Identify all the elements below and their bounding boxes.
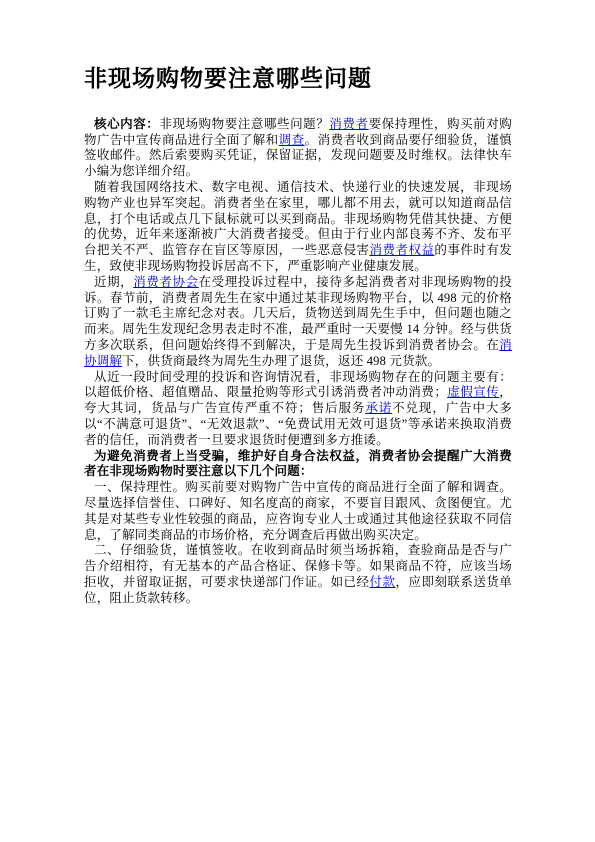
paragraph-reminder: 为避免消费者上当受骗，维护好自身合法权益，消费者协会提醒广大消费者在非现场购物时…	[84, 449, 512, 481]
paragraph-core: 核心内容：非现场购物要注意哪些问题？消费者要保持理性，购买前对购物广告中宣传商品…	[84, 117, 512, 180]
body-text: 非现场购物要注意哪些问题？	[159, 117, 329, 131]
link-investigation[interactable]: 调查	[279, 133, 305, 147]
core-content-label: 核心内容：	[94, 117, 159, 131]
body-text: 下，供货商最终为周先生办理了退货，返还 498 元货款。	[122, 354, 440, 368]
link-false-advertising[interactable]: 虚假宣传	[447, 385, 499, 399]
reminder-text: 为避免消费者上当受骗，维护好自身合法权益，消费者协会提醒广大消费者在非现场购物时…	[84, 449, 512, 479]
paragraph-problems: 从近一段时间受理的投诉和咨询情况看，非现场购物存在的问题主要有：以超低价格、超值…	[84, 370, 512, 449]
paragraph-tip-2: 二、仔细验货，谨慎签收。在收到商品时须当场拆箱，查验商品是否与广告介绍相符，有无…	[84, 543, 512, 606]
link-consumer-association[interactable]: 消费者协会	[133, 275, 198, 289]
body-text: 一、保持理性。购买前要对购物广告中宣传的商品进行全面了解和调查。尽量选择信誉佳、…	[84, 480, 512, 541]
paragraph-intro: 随着我国网络技术、数字电视、通信技术、快递行业的快速发展，非现场购物产业也异军突…	[84, 180, 512, 275]
page-title: 非现场购物要注意哪些问题	[84, 64, 512, 94]
document-page: 非现场购物要注意哪些问题 核心内容：非现场购物要注意哪些问题？消费者要保持理性，…	[0, 0, 595, 842]
body-text: 近期，	[94, 275, 133, 289]
link-promise[interactable]: 承诺	[365, 401, 392, 415]
document-body: 核心内容：非现场购物要注意哪些问题？消费者要保持理性，购买前对购物广告中宣传商品…	[84, 117, 512, 607]
link-payment[interactable]: 付款	[370, 575, 396, 589]
link-consumer[interactable]: 消费者	[329, 117, 368, 131]
link-consumer-rights[interactable]: 消费者权益	[370, 243, 435, 257]
paragraph-tip-1: 一、保持理性。购买前要对购物广告中宣传的商品进行全面了解和调查。尽量选择信誉佳、…	[84, 480, 512, 543]
paragraph-case: 近期，消费者协会在受理投诉过程中，接待多起消费者对非现场购物的投诉。春节前，消费…	[84, 275, 512, 370]
